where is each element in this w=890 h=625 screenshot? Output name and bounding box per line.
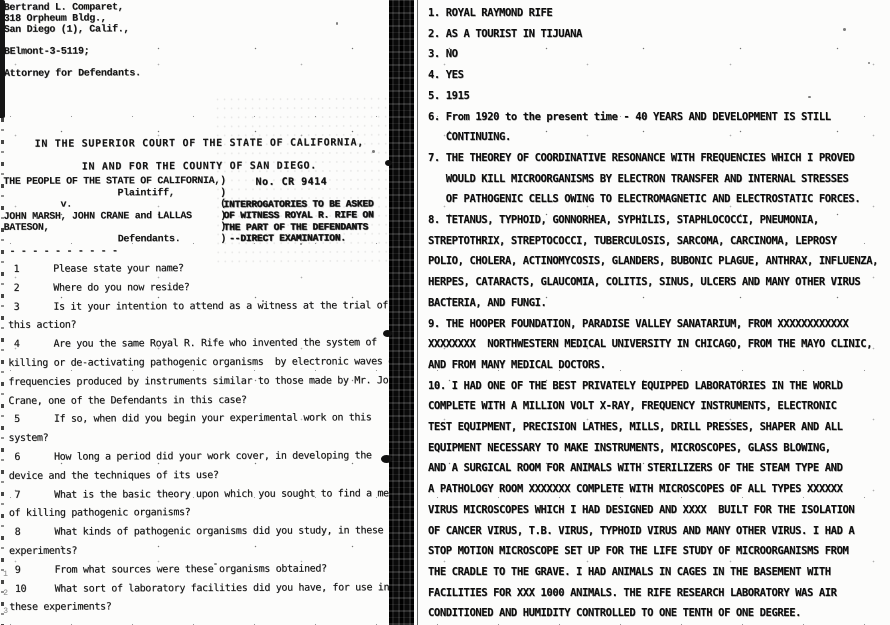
question-item: 1 Please state your name? <box>8 259 410 280</box>
answers-list: 1. ROYAL RAYMOND RIFE 2. AS A TOURIST IN… <box>428 3 888 624</box>
question-item: 7 What is the basic theory upon which yo… <box>9 485 411 524</box>
court-header-line1: IN THE SUPERIOR COURT OF THE STATE OF CA… <box>0 137 399 150</box>
page-edge-shadow <box>389 0 414 625</box>
ink-speck <box>336 22 338 25</box>
questions-list: 1 Please state your name? 2 Where do you… <box>8 259 412 618</box>
question-item: 3 Is it your intention to attend as a wi… <box>8 297 410 336</box>
scanned-court-document: { "document": { "left_page": { "attorney… <box>0 0 890 625</box>
question-item: 6 How long a period did your work cover,… <box>9 447 411 486</box>
left-binding-dots <box>1 118 4 625</box>
ink-speck <box>262 300 264 302</box>
case-number: No. CR 9414 <box>255 176 327 187</box>
ink-speck <box>372 150 375 153</box>
answer-item: 8. TETANUS, TYPHOID, GONNORHEA, SYPHILIS… <box>428 210 888 314</box>
question-item: 2 Where do you now reside? <box>8 278 410 299</box>
case-caption-parties: THE PEOPLE OF THE STATE OF CALIFORNIA,) … <box>3 176 226 258</box>
answer-item: 1. ROYAL RAYMOND RIFE <box>428 3 888 24</box>
ink-blob <box>383 330 392 337</box>
answer-item: 10. I HAD ONE OF THE BEST PRIVATELY EQUI… <box>428 376 888 624</box>
court-header-line2: IN AND FOR THE COUNTY OF SAN DIEGO. <box>0 160 399 173</box>
answer-item: 4. YES <box>428 65 888 86</box>
question-item: 4 Are you the same Royal R. Rife who inv… <box>8 334 410 411</box>
ink-blob <box>381 455 392 463</box>
page-fold-line <box>417 0 418 625</box>
ink-speck <box>300 243 302 245</box>
answer-item: 6. From 1920 to the present time - 40 YE… <box>428 107 888 148</box>
left-page: Bertrand L. Comparet, 318 Orpheum Bldg.,… <box>0 0 413 625</box>
answer-item: 2. AS A TOURIST IN TIJUANA <box>428 24 888 45</box>
answer-item: 5. 1915 <box>428 86 888 107</box>
ink-speck <box>214 563 217 565</box>
question-item: 8 What kinds of pathogenic organisms did… <box>9 522 411 561</box>
question-item: 10 What sort of laboratory facilities di… <box>9 579 411 618</box>
question-item: 9 From what sources were these organisms… <box>9 560 411 581</box>
left-binding-bar <box>0 0 5 118</box>
interrogatories-title: INTERROGATORIES TO BE ASKED OF WITNESS R… <box>224 198 374 244</box>
answer-item: 7. THE THEOREY OF COORDINATIVE RESONANCE… <box>428 148 888 210</box>
attorney-address-block: Bertrand L. Comparet, 318 Orpheum Bldg.,… <box>4 2 141 80</box>
answer-item: 9. THE HOOPER FOUNDATION, PARADISE VALLE… <box>428 314 888 376</box>
answer-item: 3. NO <box>428 44 888 65</box>
ink-blob <box>385 160 392 166</box>
question-item: 5 If so, when did you begin your experim… <box>8 409 410 448</box>
